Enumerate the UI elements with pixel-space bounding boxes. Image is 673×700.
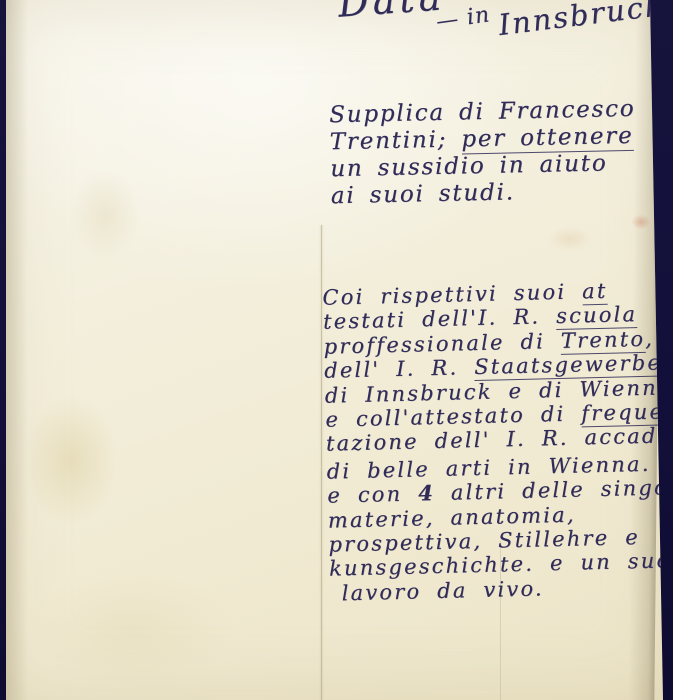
paper-stain bbox=[540, 222, 600, 256]
title-block: Supplica di Francesco Trentini; per otte… bbox=[329, 96, 638, 210]
title-text: Trentini; bbox=[329, 126, 461, 155]
paper-stain bbox=[55, 150, 155, 280]
underlined-text: scuola bbox=[556, 302, 638, 330]
underlined-text: per ottenere bbox=[461, 123, 634, 155]
body-text: altri delle singole bbox=[435, 475, 673, 505]
dateline-word-cutoff: Data bbox=[337, 0, 447, 26]
title-text: un sussidio in aiuto bbox=[330, 150, 608, 182]
scanned-document-page: Data — in Innsbruck Supplica di Francesc… bbox=[0, 0, 673, 700]
underlined-text: at bbox=[582, 279, 608, 306]
body-text: e con bbox=[327, 482, 418, 508]
flourish-dash: — bbox=[435, 7, 461, 35]
body-text: dell' I. R. bbox=[324, 355, 475, 383]
paper-left-edge-shading bbox=[6, 0, 28, 700]
title-line: ai suoi studi. bbox=[331, 177, 638, 210]
body-block: Coi rispettivi suoi at testati dell'I. R… bbox=[322, 276, 673, 606]
paper-sheet: Data — in Innsbruck Supplica di Francesc… bbox=[0, 0, 673, 700]
paper-stain bbox=[0, 555, 260, 700]
title-text: ai suoi studi. bbox=[331, 179, 515, 209]
bold-numeral: 4 bbox=[418, 480, 435, 505]
underlined-text: frequen bbox=[581, 399, 673, 427]
body-text: lavoro da vivo. bbox=[341, 576, 544, 605]
preposition-text: in bbox=[465, 2, 491, 30]
body-text: , bbox=[645, 326, 654, 350]
